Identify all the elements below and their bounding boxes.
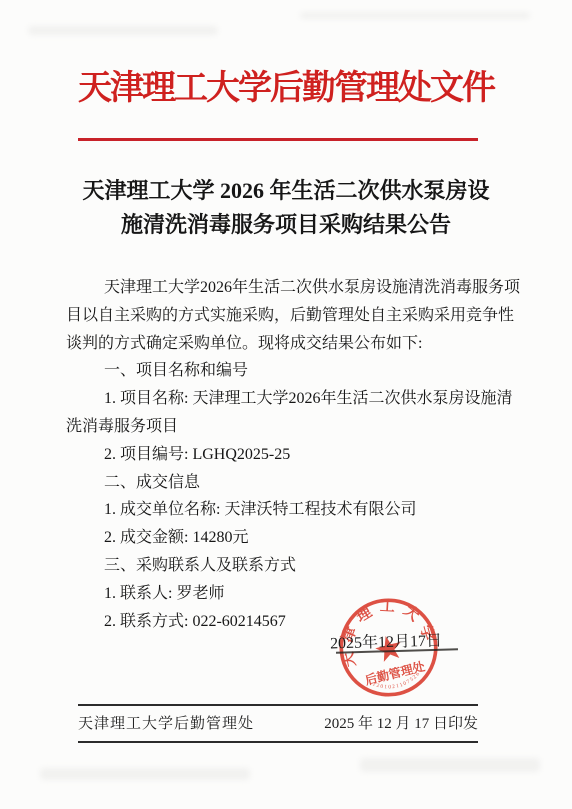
body-line: 1. 联系人: 罗老师 — [66, 580, 502, 608]
scan-artifact — [300, 12, 530, 19]
scan-artifact — [40, 768, 250, 780]
document-page: 天津理工大学后勤管理处文件 天津理工大学 2026 年生活二次供水泵房设 施清洗… — [0, 0, 572, 809]
document-title-line1: 天津理工大学 2026 年生活二次供水泵房设 — [46, 174, 526, 208]
scan-artifact — [360, 758, 540, 772]
footer-rule-top — [78, 704, 478, 706]
body-line: 天津理工大学2026年生活二次供水泵房设施清洗消毒服务项 — [66, 274, 502, 302]
body-line: 目以自主采购的方式实施采购，后勤管理处自主采购采用竞争性 — [66, 302, 502, 330]
document-title: 天津理工大学 2026 年生活二次供水泵房设 施清洗消毒服务项目采购结果公告 — [46, 174, 526, 242]
body-line: 2. 成交金额: 14280元 — [66, 524, 502, 552]
footer-rule-bottom — [78, 741, 478, 743]
section-heading: 三、采购联系人及联系方式 — [66, 552, 502, 580]
footer-issuer: 天津理工大学后勤管理处 — [78, 712, 254, 733]
body-line: 洗消毒服务项目 — [66, 413, 502, 441]
section-heading: 一、项目名称和编号 — [66, 357, 502, 385]
footer-print-date: 2025 年 12 月 17 日印发 — [324, 712, 478, 733]
footer: 天津理工大学后勤管理处 2025 年 12 月 17 日印发 — [78, 712, 478, 733]
body-line: 谈判的方式确定采购单位。现将成交结果公布如下: — [66, 330, 502, 358]
document-title-line2: 施清洗消毒服务项目采购结果公告 — [46, 208, 526, 242]
body-line: 1. 项目名称: 天津理工大学2026年生活二次供水泵房设施清 — [66, 385, 502, 413]
document-body: 天津理工大学2026年生活二次供水泵房设施清洗消毒服务项 目以自主采购的方式实施… — [66, 274, 502, 635]
body-line: 1. 成交单位名称: 天津沃特工程技术有限公司 — [66, 496, 502, 524]
section-heading: 二、成交信息 — [66, 469, 502, 497]
letterhead-rule — [78, 138, 478, 141]
body-line: 2. 项目编号: LGHQ2025-25 — [66, 441, 502, 469]
scan-artifact — [28, 26, 218, 35]
letterhead-title: 天津理工大学后勤管理处文件 — [0, 60, 572, 109]
